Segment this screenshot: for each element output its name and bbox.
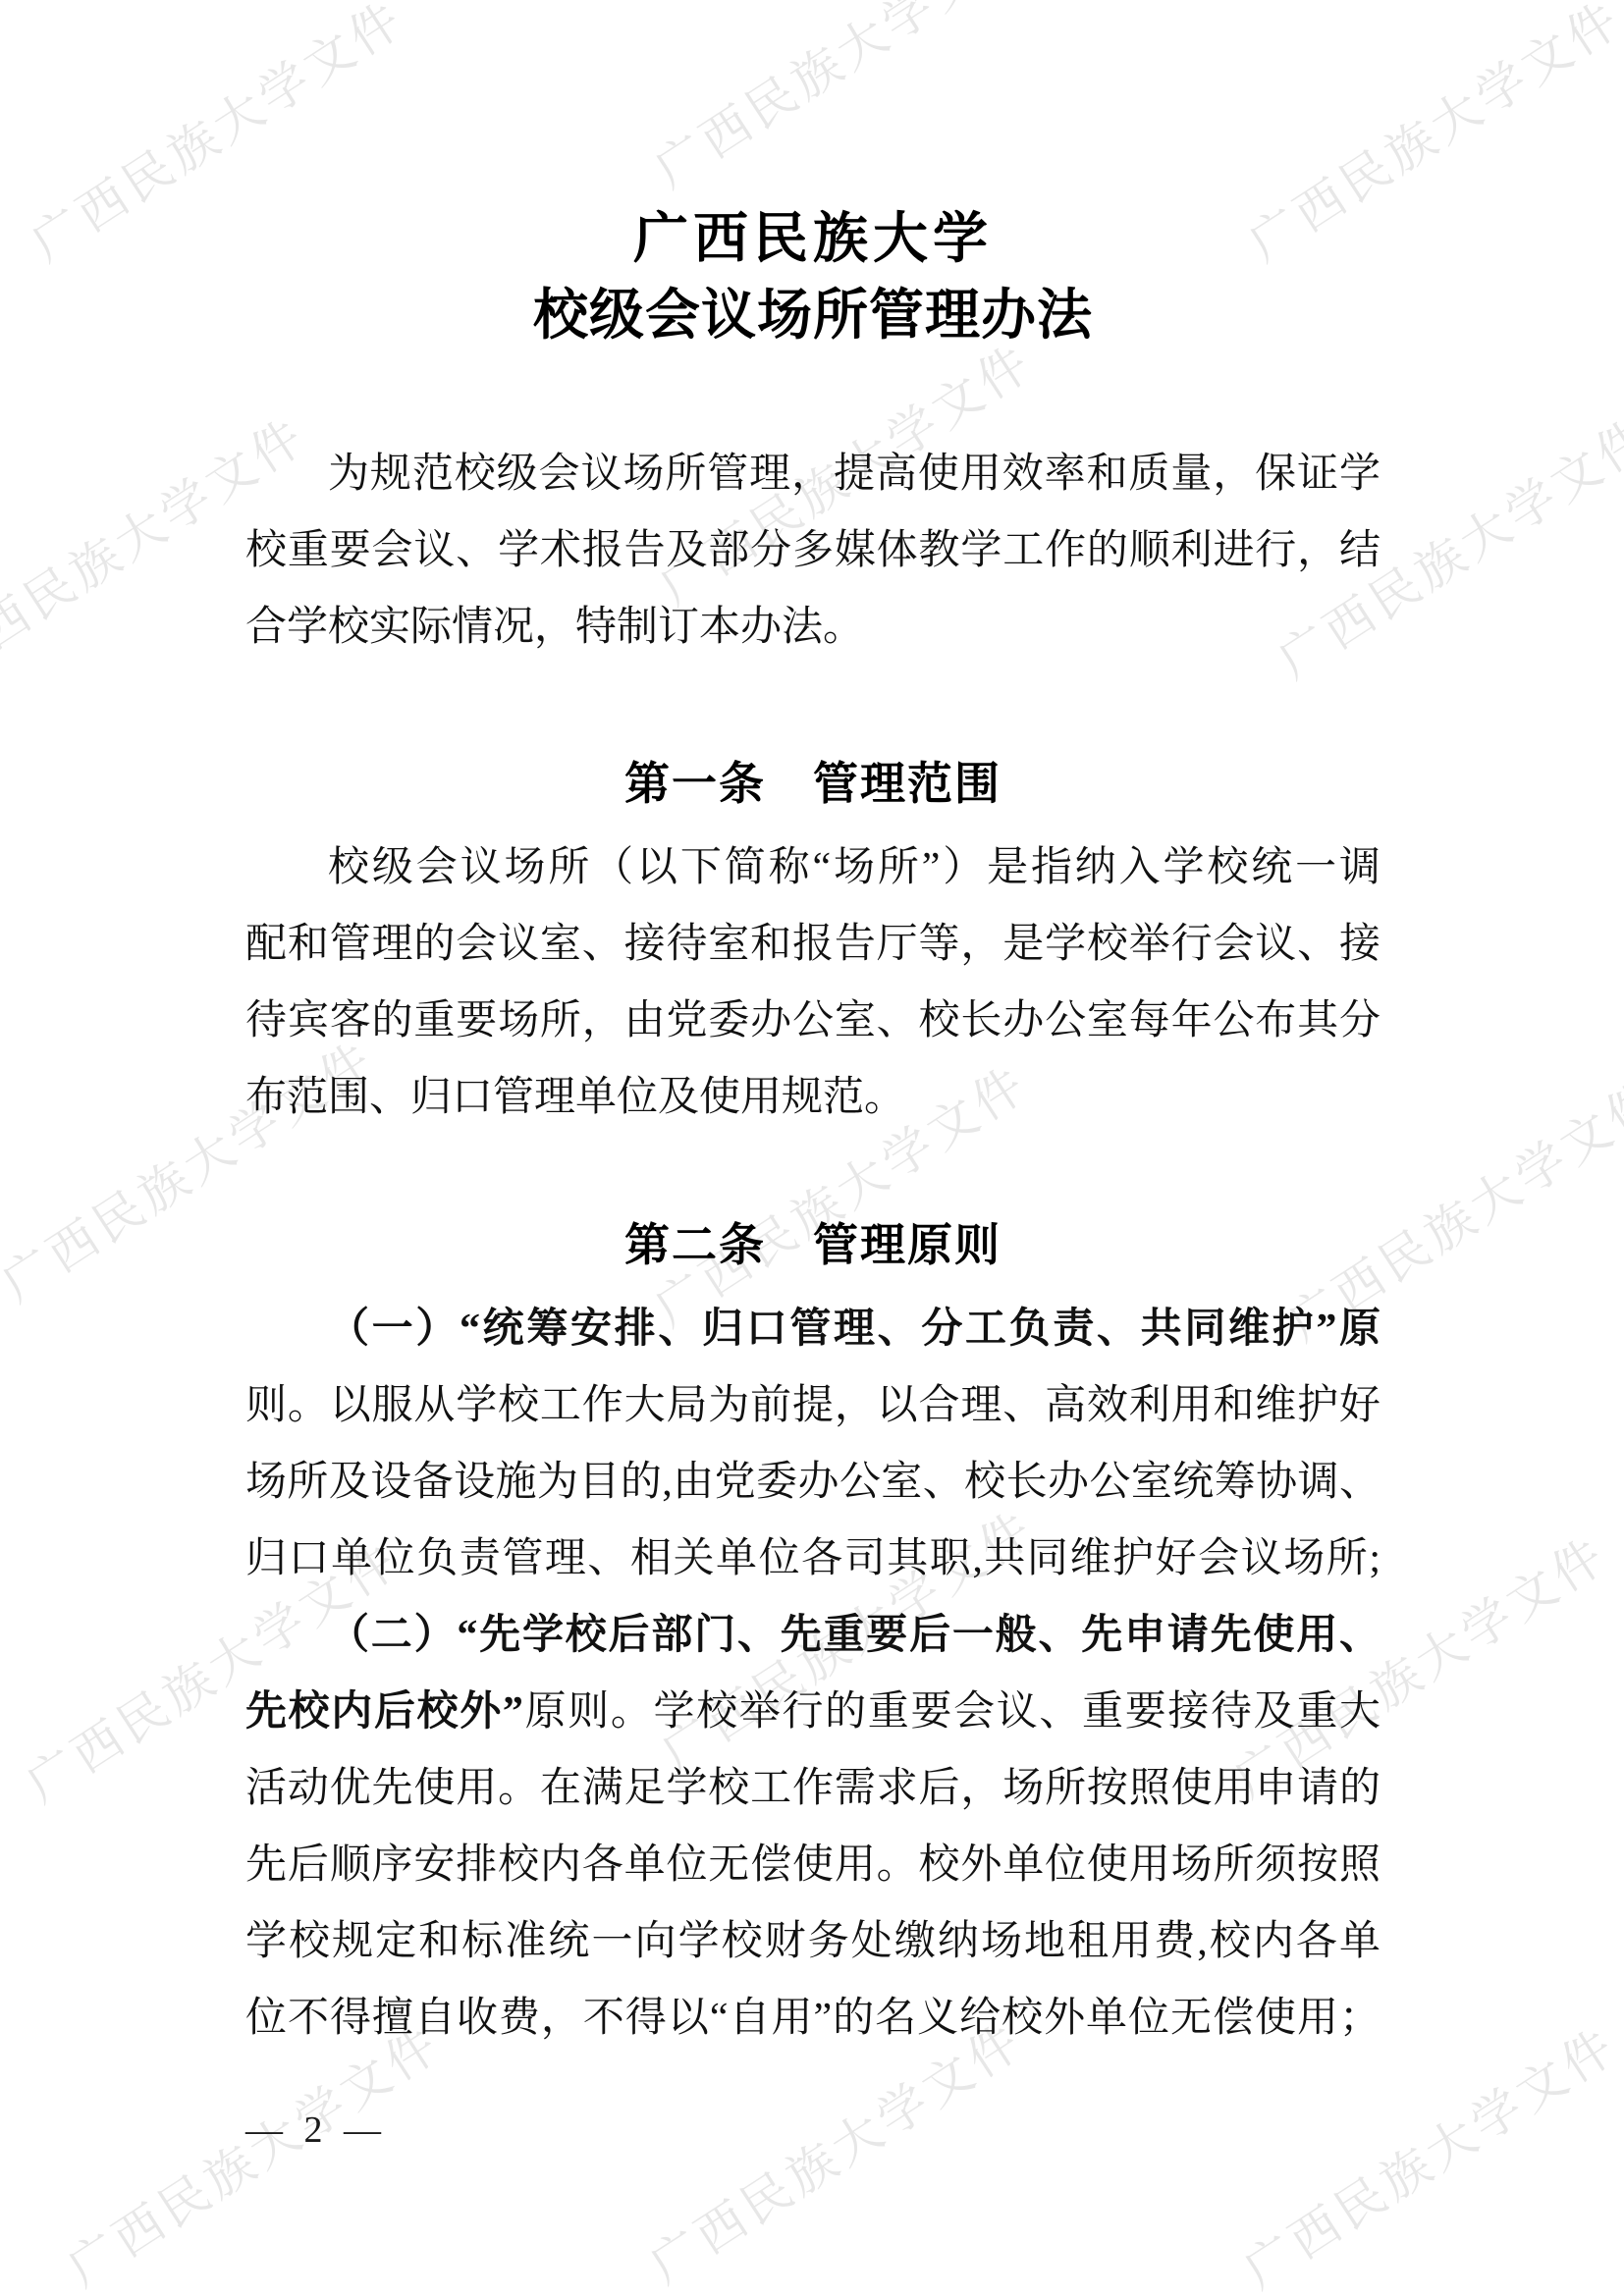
text-line: 校重要会议、学术报告及部分多媒体教学工作的顺利进行，结 xyxy=(245,512,1380,589)
text-line: 待宾客的重要场所，由党委办公室、校长办公室每年公布其分 xyxy=(245,983,1380,1059)
intro-paragraph: 为规范校级会议场所管理，提高使用效率和质量，保证学 校重要会议、学术报告及部分多… xyxy=(245,436,1380,666)
document-title: 广西民族大学 校级会议场所管理办法 xyxy=(245,201,1380,354)
text-line: 布范围、归口管理单位及使用规范。 xyxy=(245,1059,1380,1136)
section1-heading: 第一条 管理范围 xyxy=(245,745,1380,822)
text-line: 先后顺序安排校内各单位无偿使用。校外单位使用场所须按照 xyxy=(245,1827,1380,1903)
section2-item1: （一）“统筹安排、归口管理、分工负责、共同维护”原 则。以服从学校工作大局为前提… xyxy=(245,1291,1380,1597)
text-line: 则。以服从学校工作大局为前提，以合理、高效利用和维护好 xyxy=(245,1367,1380,1444)
document-content: 广西民族大学 校级会议场所管理办法 为规范校级会议场所管理，提高使用效率和质量，… xyxy=(245,201,1380,2056)
watermark-text: 广西民族大学文件 xyxy=(639,0,1040,201)
text-line: 活动优先使用。在满足学校工作需求后，场所按照使用申请的 xyxy=(245,1750,1380,1827)
title-line-1: 广西民族大学 xyxy=(245,201,1380,278)
page-number: — 2 — xyxy=(245,2101,387,2160)
section2-heading: 第二条 管理原则 xyxy=(245,1206,1380,1283)
text-line: 学校规定和标准统一向学校财务处缴纳场地租用费,校内各单 xyxy=(245,1903,1380,1980)
text-line: （一）“统筹安排、归口管理、分工负责、共同维护”原 xyxy=(245,1291,1380,1367)
text-span-bold: 先校内后校外” xyxy=(245,1689,523,1735)
text-line: 为规范校级会议场所管理，提高使用效率和质量，保证学 xyxy=(245,436,1380,512)
text-line: 先校内后校外”原则。学校举行的重要会议、重要接待及重大 xyxy=(245,1674,1380,1750)
section1-paragraph: 校级会议场所（以下简称“场所”）是指纳入学校统一调 配和管理的会议室、接待室和报… xyxy=(245,829,1380,1136)
text-line: 合学校实际情况，特制订本办法。 xyxy=(245,589,1380,666)
text-line: 场所及设备设施为目的,由党委办公室、校长办公室统筹协调、 xyxy=(245,1444,1380,1521)
text-line: 归口单位负责管理、相关单位各司其职,共同维护好会议场所; xyxy=(245,1521,1380,1597)
text-line: （二）“先学校后部门、先重要后一般、先申请先使用、 xyxy=(245,1597,1380,1674)
title-line-2: 校级会议场所管理办法 xyxy=(245,278,1380,354)
text-span: 原则。学校举行的重要会议、重要接待及重大 xyxy=(523,1689,1380,1735)
document-page: 广西民族大学文件 广西民族大学文件 广西民族大学文件 广西民族大学文件 广西民族… xyxy=(0,0,1624,2296)
text-line: 校级会议场所（以下简称“场所”）是指纳入学校统一调 xyxy=(245,829,1380,906)
text-line: 配和管理的会议室、接待室和报告厅等，是学校举行会议、接 xyxy=(245,906,1380,983)
text-line: 位不得擅自收费，不得以“自用”的名义给校外单位无偿使用； xyxy=(245,1980,1380,2056)
section2-item2: （二）“先学校后部门、先重要后一般、先申请先使用、 先校内后校外”原则。学校举行… xyxy=(245,1597,1380,2056)
